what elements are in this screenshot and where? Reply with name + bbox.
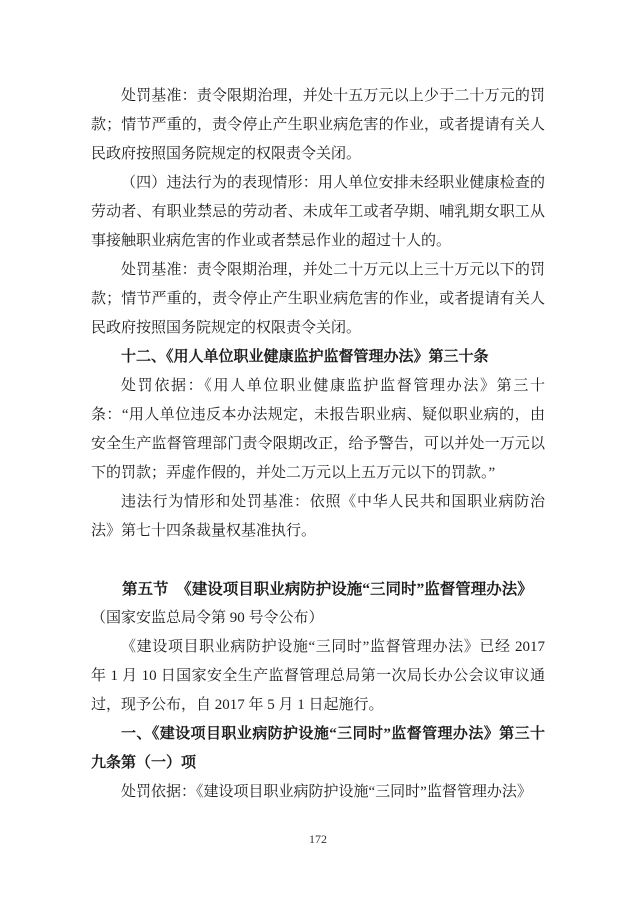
paragraph: 《建设项目职业病防护设施“三同时”监督管理办法》已经 2017 年 1 月 10… bbox=[91, 633, 545, 720]
paragraph: 处罚依据：《用人单位职业健康监护监督管理办法》第三十条：“用人单位违反本办法规定… bbox=[91, 372, 545, 488]
document-page: 处罚基准：责令限期治理，并处十五万元以上少于二十万元的罚款；情节严重的，责令停止… bbox=[0, 0, 636, 900]
subtitle: （国家安监总局令第 90 号令公布） bbox=[91, 604, 545, 633]
paragraph: 违法行为情形和处罚基准：依照《中华人民共和国职业病防治法》第七十四条裁量权基准执… bbox=[91, 488, 545, 546]
document-body: 处罚基准：责令限期治理，并处十五万元以上少于二十万元的罚款；情节严重的，责令停止… bbox=[91, 82, 545, 807]
page-number: 172 bbox=[0, 832, 636, 847]
paragraph: 处罚基准：责令限期治理，并处二十万元以上三十万元以下的罚款；情节严重的，责令停止… bbox=[91, 256, 545, 343]
heading: 一、《建设项目职业病防护设施“三同时”监督管理办法》第三十九条第（一）项 bbox=[91, 720, 545, 778]
paragraph: （四）违法行为的表现情形：用人单位安排未经职业健康检查的劳动者、有职业禁忌的劳动… bbox=[91, 169, 545, 256]
section-heading: 第五节 《建设项目职业病防护设施“三同时”监督管理办法》 bbox=[91, 575, 545, 604]
paragraph: 处罚基准：责令限期治理，并处十五万元以上少于二十万元的罚款；情节严重的，责令停止… bbox=[91, 82, 545, 169]
heading: 十二、《用人单位职业健康监护监督管理办法》第三十条 bbox=[91, 343, 545, 372]
paragraph: 处罚依据：《建设项目职业病防护设施“三同时”监督管理办法》 bbox=[91, 778, 545, 807]
